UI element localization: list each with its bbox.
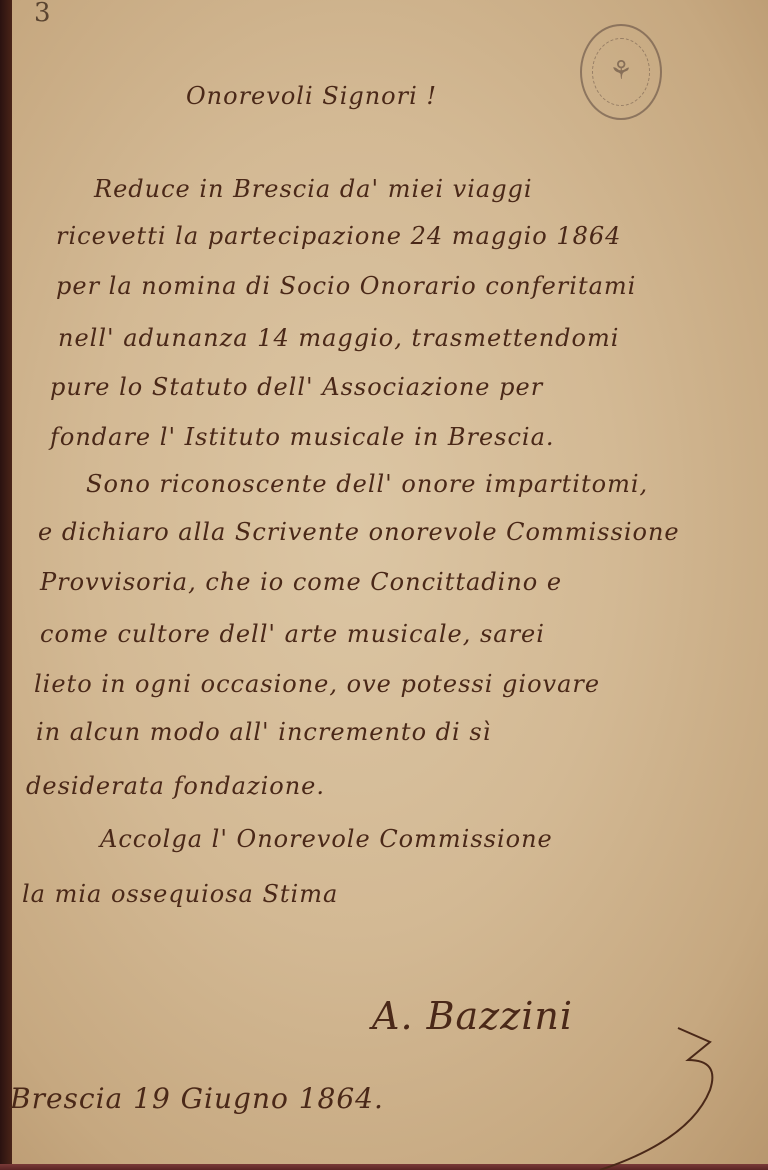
archive-stamp: ⚘ xyxy=(580,24,662,120)
salutation: Onorevoli Signori ! xyxy=(186,82,437,110)
body-line: in alcun modo all' incremento di sì xyxy=(36,718,491,746)
page-number: 3 xyxy=(34,0,52,28)
body-line: la mia ossequiosa Stima xyxy=(22,880,338,908)
lion-emblem-icon: ⚘ xyxy=(582,56,660,86)
body-line: e dichiaro alla Scrivente onorevole Comm… xyxy=(38,518,680,546)
body-line: per la nomina di Socio Onorario conferit… xyxy=(56,272,636,300)
body-line: lieto in ogni occasione, ove potessi gio… xyxy=(34,670,600,698)
body-line: come cultore dell' arte musicale, sarei xyxy=(40,620,545,648)
body-line: Sono riconoscente dell' onore impartitom… xyxy=(86,470,648,498)
signature: A. Bazzini xyxy=(372,994,573,1038)
body-line: nell' adunanza 14 maggio, trasmettendomi xyxy=(58,324,619,352)
document-left-edge xyxy=(0,0,12,1170)
signature-flourish-icon xyxy=(560,1020,730,1170)
body-line: ricevetti la partecipazione 24 maggio 18… xyxy=(56,222,621,250)
body-line: desiderata fondazione. xyxy=(26,772,325,800)
body-line: Reduce in Brescia da' miei viaggi xyxy=(94,175,533,203)
body-line: fondare l' Istituto musicale in Brescia. xyxy=(50,423,555,451)
place-and-date: Brescia 19 Giugno 1864. xyxy=(10,1082,384,1115)
body-line: Provvisoria, che io come Concittadino e xyxy=(40,568,562,596)
body-line: pure lo Statuto dell' Associazione per xyxy=(50,373,543,401)
body-line: Accolga l' Onorevole Commissione xyxy=(100,825,553,853)
